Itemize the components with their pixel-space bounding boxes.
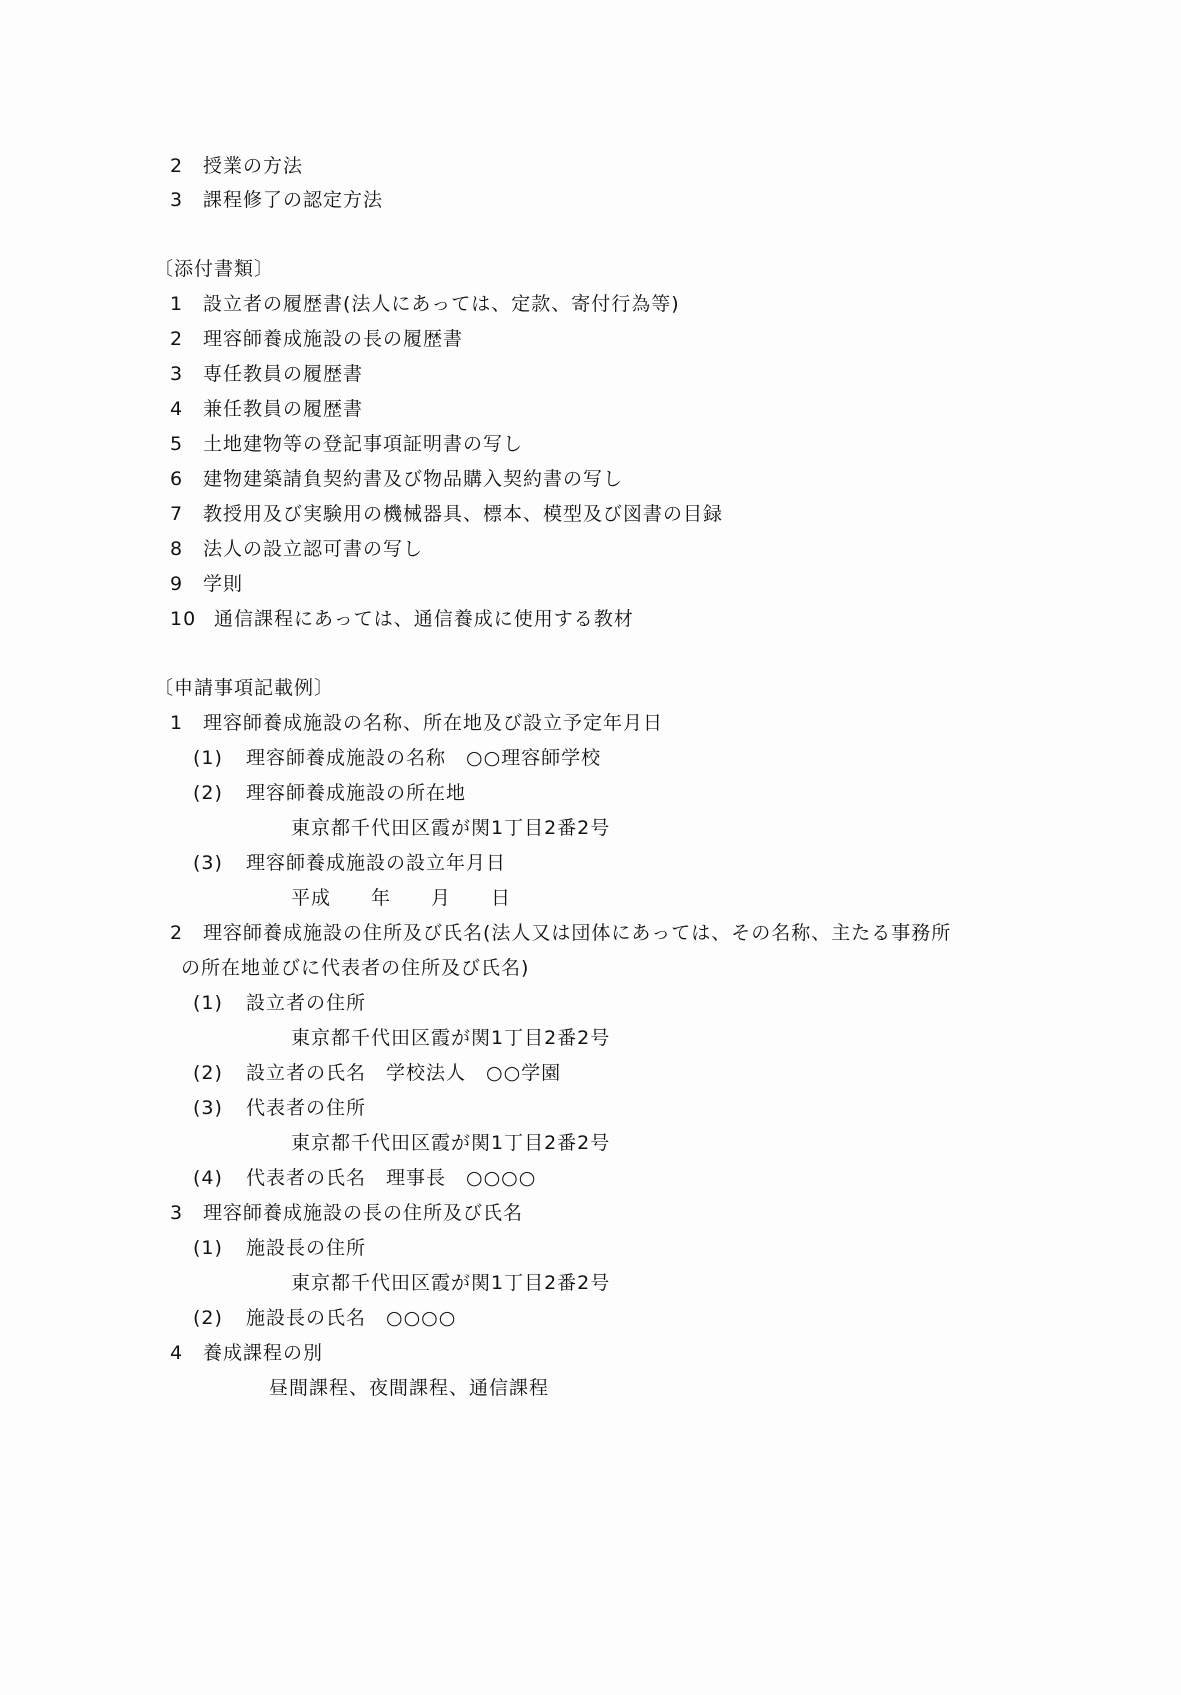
sub-item: (2)設立者の氏名 学校法人 ○○学園	[193, 1061, 561, 1085]
example-section-1: 1理容師養成施設の名称、所在地及び設立予定年月日	[170, 711, 663, 735]
address-detail: 東京都千代田区霞が関1丁目2番2号	[291, 1131, 610, 1155]
section-title-line1: 理容師養成施設の住所及び氏名(法人又は団体にあっては、その名称、主たる事務所	[203, 922, 951, 944]
item-number: 10	[170, 607, 214, 631]
item-text: 法人の設立認可書の写し	[203, 538, 423, 560]
item-text: 建物建築請負契約書及び物品購入契約書の写し	[203, 468, 623, 490]
item-text: 通信課程にあっては、通信養成に使用する教材	[214, 608, 634, 630]
sub-item-number: (2)	[193, 1061, 246, 1085]
sub-item-text: 設立者の氏名 学校法人 ○○学園	[246, 1062, 561, 1084]
sub-item-number: (1)	[193, 746, 246, 770]
section-heading-examples: 〔申請事項記載例〕	[154, 676, 334, 700]
section-number: 4	[170, 1341, 203, 1365]
item-number: 5	[170, 432, 203, 456]
list-item: 3課程修了の認定方法	[170, 188, 383, 212]
item-text: 土地建物等の登記事項証明書の写し	[203, 433, 523, 455]
sub-item: (1)施設長の住所	[193, 1236, 366, 1260]
sub-item: (3)理容師養成施設の設立年月日	[193, 851, 506, 875]
sub-item: (2)理容師養成施設の所在地	[193, 781, 466, 805]
item-number: 3	[170, 362, 203, 386]
sub-item: (3)代表者の住所	[193, 1096, 366, 1120]
sub-item-number: (3)	[193, 1096, 246, 1120]
item-number: 8	[170, 537, 203, 561]
course-types-detail: 昼間課程、夜間課程、通信課程	[269, 1376, 549, 1400]
sub-item-number: (2)	[193, 781, 246, 805]
list-item: 7教授用及び実験用の機械器具、標本、模型及び図書の目録	[170, 502, 723, 526]
sub-item-text: 代表者の氏名 理事長 ○○○○	[246, 1167, 536, 1189]
list-item: 6建物建築請負契約書及び物品購入契約書の写し	[170, 467, 623, 491]
section-title: 理容師養成施設の長の住所及び氏名	[203, 1202, 523, 1224]
sub-item: (1)理容師養成施設の名称 ○○理容師学校	[193, 746, 601, 770]
sub-item-number: (1)	[193, 1236, 246, 1260]
sub-item-text: 理容師養成施設の名称 ○○理容師学校	[246, 747, 601, 769]
item-number: 4	[170, 397, 203, 421]
list-item: 4兼任教員の履歴書	[170, 397, 363, 421]
sub-item: (4)代表者の氏名 理事長 ○○○○	[193, 1166, 536, 1190]
list-item: 2理容師養成施設の長の履歴書	[170, 327, 463, 351]
item-text: 設立者の履歴書(法人にあっては、定款、寄付行為等)	[203, 293, 680, 315]
sub-item-number: (2)	[193, 1306, 246, 1330]
example-section-4: 4養成課程の別	[170, 1341, 323, 1365]
item-text: 学則	[203, 573, 243, 595]
section-title: 養成課程の別	[203, 1342, 323, 1364]
item-text: 専任教員の履歴書	[203, 363, 363, 385]
address-detail: 東京都千代田区霞が関1丁目2番2号	[291, 1026, 610, 1050]
sub-item-number: (4)	[193, 1166, 246, 1190]
section-heading-attachments: 〔添付書類〕	[154, 257, 274, 281]
section-title: 理容師養成施設の名称、所在地及び設立予定年月日	[203, 712, 663, 734]
sub-item-number: (3)	[193, 851, 246, 875]
item-text: 教授用及び実験用の機械器具、標本、模型及び図書の目録	[203, 503, 723, 525]
item-number: 1	[170, 292, 203, 316]
sub-item: (1)設立者の住所	[193, 991, 366, 1015]
example-section-2: 2理容師養成施設の住所及び氏名(法人又は団体にあっては、その名称、主たる事務所	[170, 921, 951, 945]
sub-item-text: 代表者の住所	[246, 1097, 366, 1119]
item-text: 理容師養成施設の長の履歴書	[203, 328, 463, 350]
section-number: 3	[170, 1201, 203, 1225]
list-item: 9学則	[170, 572, 243, 596]
sub-item-text: 設立者の住所	[246, 992, 366, 1014]
sub-item-text: 施設長の氏名 ○○○○	[246, 1307, 456, 1329]
item-text: 兼任教員の履歴書	[203, 398, 363, 420]
item-text: 課程修了の認定方法	[203, 189, 383, 211]
sub-item-text: 理容師養成施設の設立年月日	[246, 852, 506, 874]
section-number: 2	[170, 921, 203, 945]
list-item: 8法人の設立認可書の写し	[170, 537, 423, 561]
item-number: 9	[170, 572, 203, 596]
section-title-line2: の所在地並びに代表者の住所及び氏名)	[181, 956, 529, 980]
item-number: 2	[170, 327, 203, 351]
document-page: 2授業の方法 3課程修了の認定方法 〔添付書類〕 1設立者の履歴書(法人にあって…	[0, 0, 1181, 1695]
sub-item-text: 施設長の住所	[246, 1237, 366, 1259]
example-section-3: 3理容師養成施設の長の住所及び氏名	[170, 1201, 523, 1225]
section-number: 1	[170, 711, 203, 735]
list-item: 5土地建物等の登記事項証明書の写し	[170, 432, 523, 456]
sub-item-number: (1)	[193, 991, 246, 1015]
list-item: 2授業の方法	[170, 154, 303, 178]
list-item: 1設立者の履歴書(法人にあっては、定款、寄付行為等)	[170, 292, 680, 316]
list-item: 3専任教員の履歴書	[170, 362, 363, 386]
sub-item: (2)施設長の氏名 ○○○○	[193, 1306, 456, 1330]
item-number: 7	[170, 502, 203, 526]
address-detail: 東京都千代田区霞が関1丁目2番2号	[291, 1271, 610, 1295]
list-item: 10通信課程にあっては、通信養成に使用する教材	[170, 607, 634, 631]
item-number: 3	[170, 188, 203, 212]
sub-item-text: 理容師養成施設の所在地	[246, 782, 466, 804]
item-number: 6	[170, 467, 203, 491]
date-detail: 平成 年 月 日	[291, 886, 511, 910]
item-number: 2	[170, 154, 203, 178]
address-detail: 東京都千代田区霞が関1丁目2番2号	[291, 816, 610, 840]
item-text: 授業の方法	[203, 155, 303, 177]
